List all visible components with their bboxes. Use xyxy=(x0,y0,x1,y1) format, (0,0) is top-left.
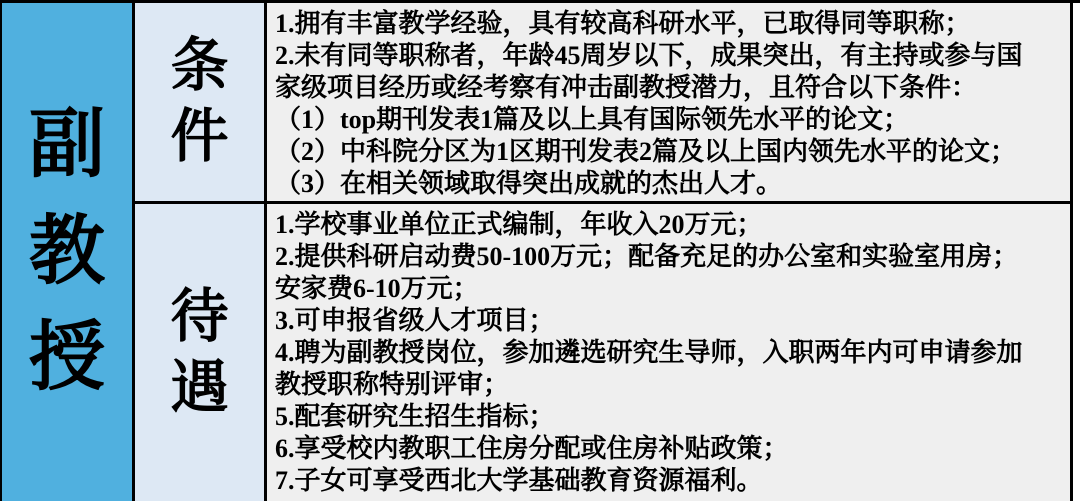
position-title: 副教授 xyxy=(29,92,105,411)
text-line: 6.享受校内教职工住房分配或住房补贴政策； xyxy=(275,433,1070,465)
text-line: 7.子女可享受西北大学基础教育资源福利。 xyxy=(275,465,1070,497)
text-line: 家级项目经历或经考察有冲击副教授潜力，且符合以下条件： xyxy=(275,72,1070,104)
recruitment-table: 副教授 条件 1.拥有丰富教学经验，具有较高科研水平，已取得同等职称；2.未有同… xyxy=(0,0,1080,501)
conditions-row: 条件 1.拥有丰富教学经验，具有较高科研水平，已取得同等职称；2.未有同等职称者… xyxy=(135,3,1070,204)
text-line: 1.拥有丰富教学经验，具有较高科研水平，已取得同等职称； xyxy=(275,8,1070,40)
text-line: 4.聘为副教授岗位，参加遴选研究生导师，入职两年内可申请参加 xyxy=(275,337,1070,369)
text-line: （3）在相关领域取得突出成就的杰出人才。 xyxy=(275,168,1070,200)
benefits-header-cell: 待遇 xyxy=(135,204,267,501)
text-line: 1.学校事业单位正式编制，年收入20万元； xyxy=(275,209,1070,241)
table-rows: 条件 1.拥有丰富教学经验，具有较高科研水平，已取得同等职称；2.未有同等职称者… xyxy=(135,3,1073,501)
benefits-content: 1.学校事业单位正式编制，年收入20万元；2.提供科研启动费50-100万元；配… xyxy=(267,204,1070,501)
conditions-header-cell: 条件 xyxy=(135,3,267,201)
benefits-row: 待遇 1.学校事业单位正式编制，年收入20万元；2.提供科研启动费50-100万… xyxy=(135,204,1070,501)
text-line: 5.配套研究生招生指标； xyxy=(275,401,1070,433)
conditions-content: 1.拥有丰富教学经验，具有较高科研水平，已取得同等职称；2.未有同等职称者，年龄… xyxy=(267,3,1070,201)
text-line: 3.可申报省级人才项目； xyxy=(275,305,1070,337)
text-line: （2）中科院分区为1区期刊发表2篇及以上国内领先水平的论文； xyxy=(275,136,1070,168)
conditions-header: 条件 xyxy=(171,31,229,173)
benefits-header: 待遇 xyxy=(171,282,229,424)
text-line: 2.提供科研启动费50-100万元；配备充足的办公室和实验室用房； xyxy=(275,241,1070,273)
text-line: 教授职称特别评审； xyxy=(275,369,1070,401)
text-line: 2.未有同等职称者，年龄45周岁以下，成果突出，有主持或参与国 xyxy=(275,40,1070,72)
position-cell: 副教授 xyxy=(2,3,135,501)
text-line: （1）top期刊发表1篇及以上具有国际领先水平的论文； xyxy=(275,104,1070,136)
text-line: 安家费6-10万元； xyxy=(275,273,1070,305)
